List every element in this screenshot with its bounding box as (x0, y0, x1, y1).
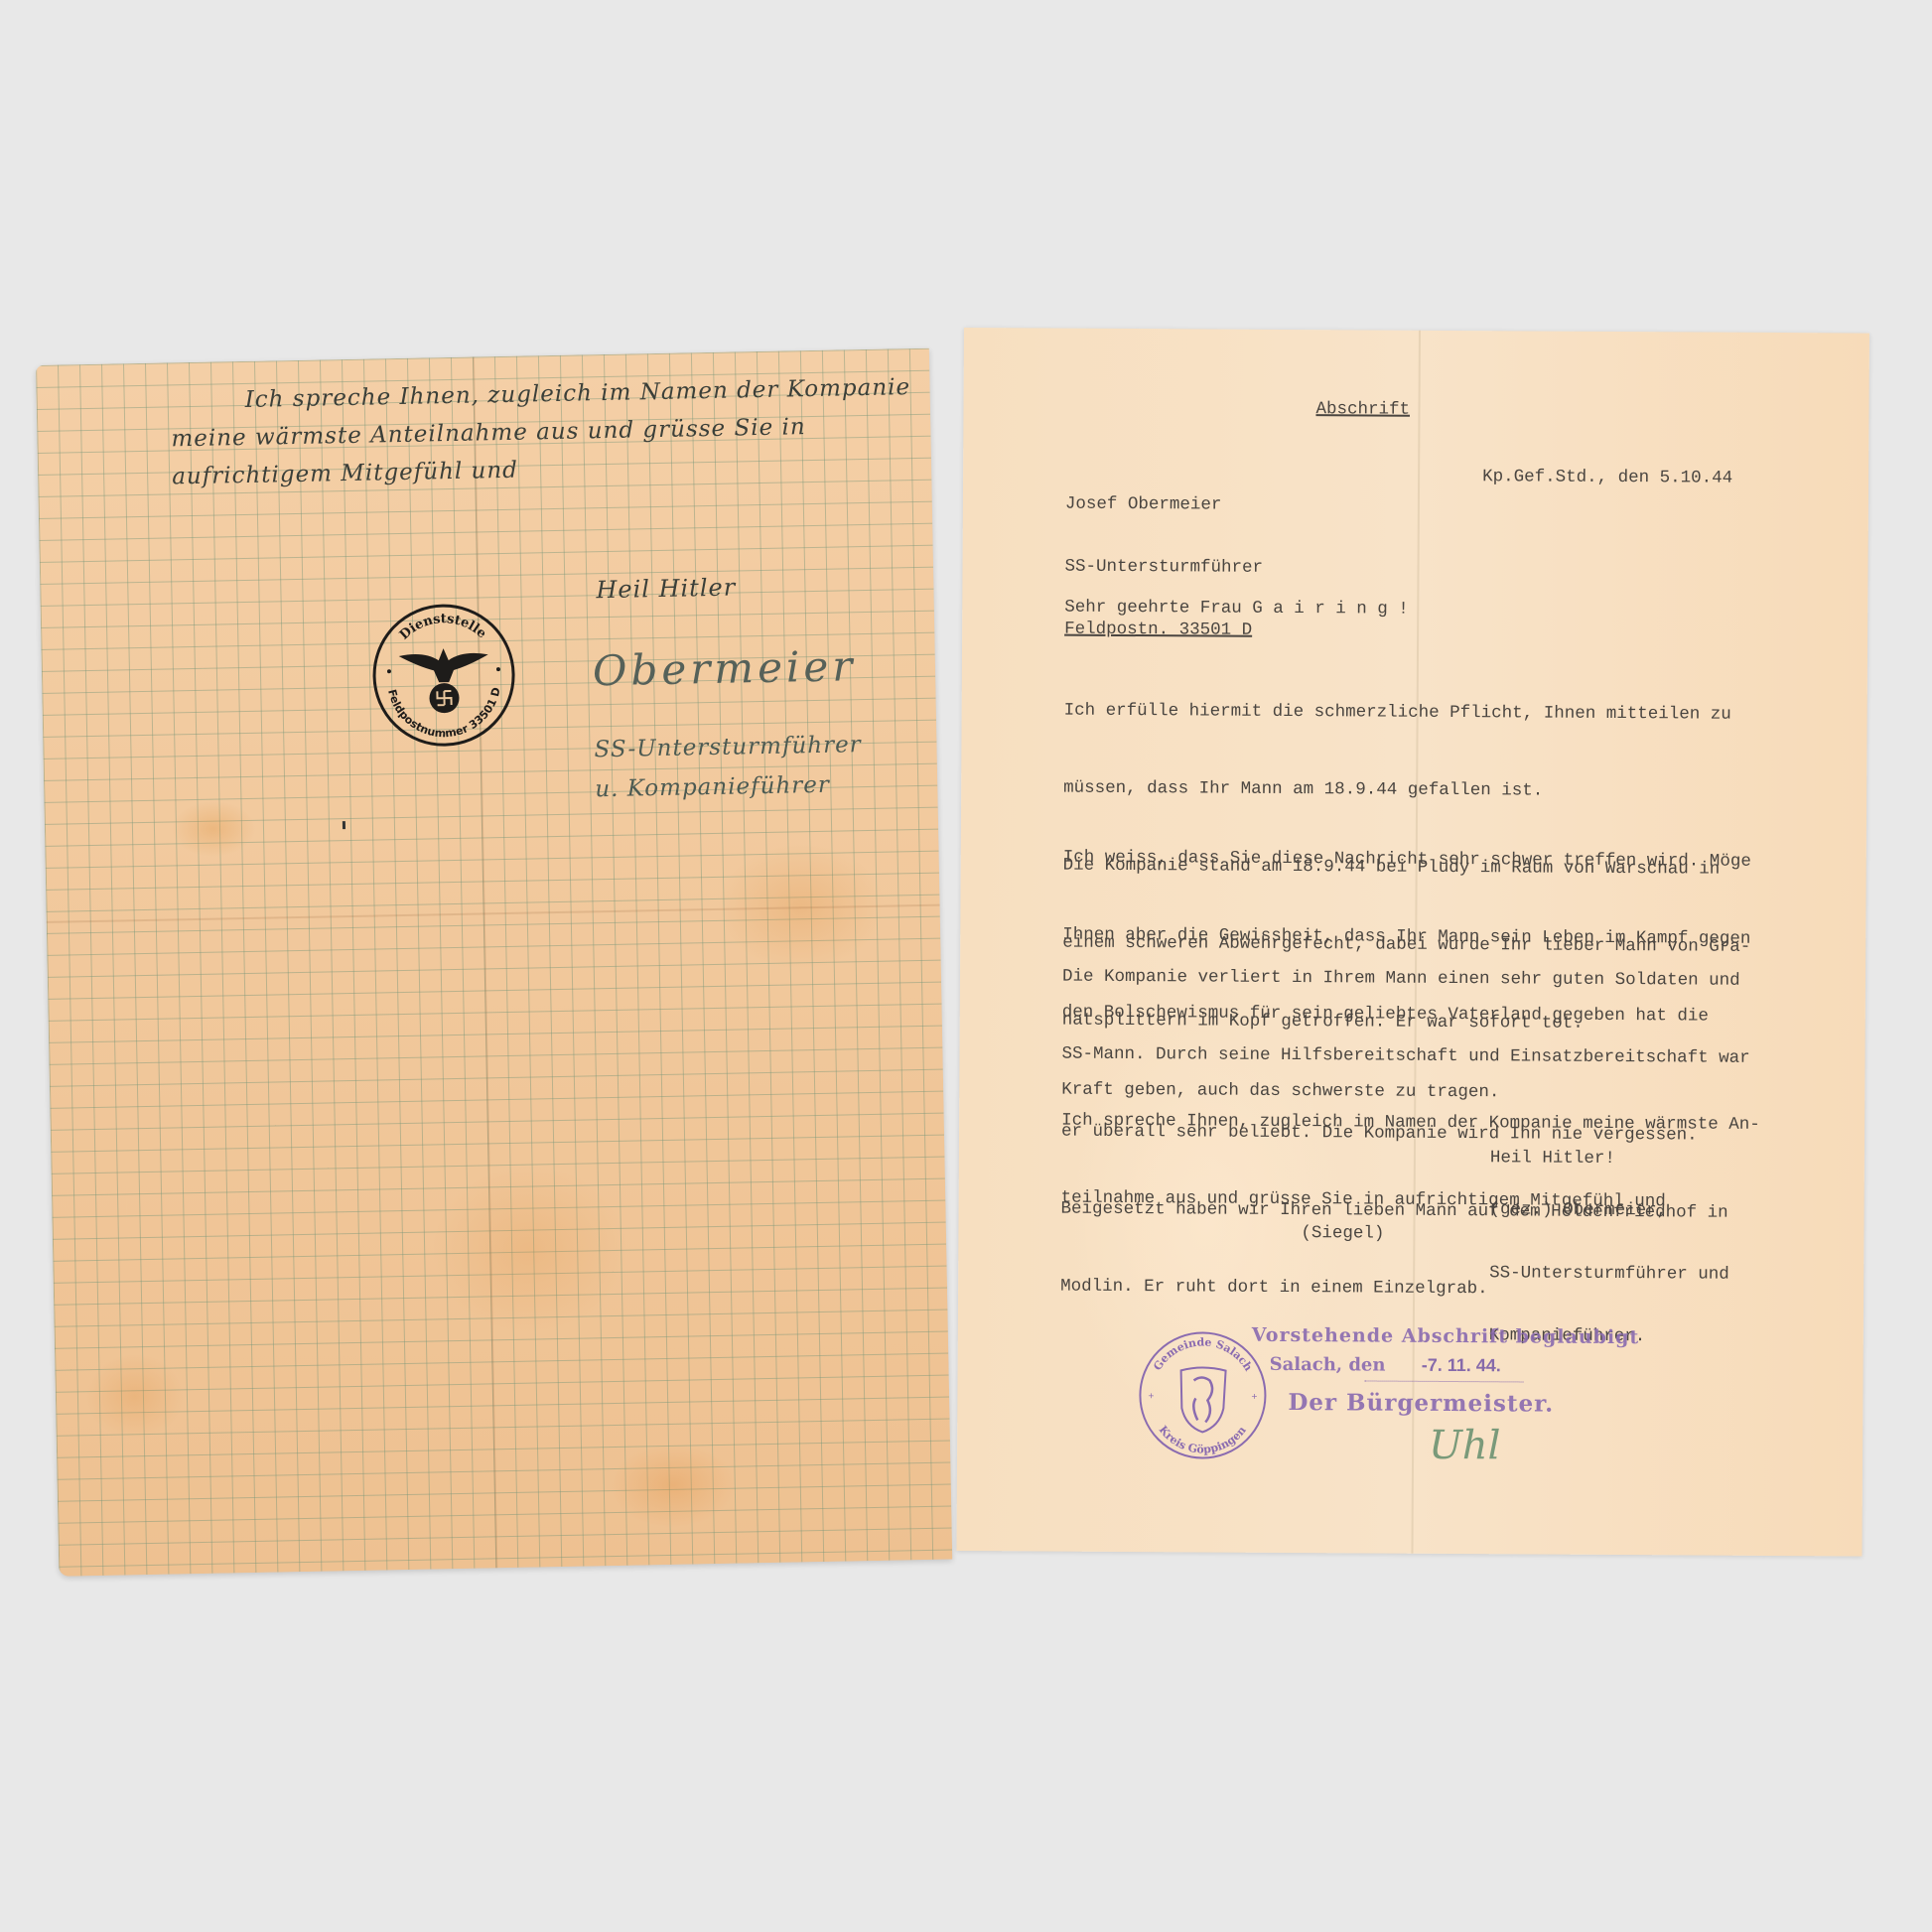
certification-place-text: Salach, den (1270, 1354, 1386, 1376)
stamp-bottom-text: Kreis Göppingen (1157, 1424, 1249, 1456)
place-date: Kp.Gef.Std., den 5.10.44 (1482, 464, 1732, 491)
official-stamp-feldpost: Dienststelle Feldpostnummer 33501 D (368, 600, 520, 752)
handwritten-rank: SS-Untersturmführer u. Kompanieführer (594, 725, 863, 809)
rank-line: u. Kompanieführer (595, 764, 863, 809)
lion-shield-icon: Gemeinde Salach Kreis Göppingen + + (1136, 1328, 1271, 1463)
sender-name: Josef Obermeier (1065, 494, 1264, 516)
text-line: Die Kompanie verliert in Ihrem Mann eine… (1062, 964, 1750, 994)
certification-date: -7. 11. 44. (1422, 1355, 1501, 1375)
svg-text:+: + (1251, 1393, 1257, 1404)
handwritten-signature: Obermeier (593, 647, 857, 690)
seal-note: (Siegel) (1301, 1220, 1384, 1247)
certification-place: Salach, den -7. 11. 44. (1270, 1354, 1501, 1376)
eagle-emblem-icon: Dienststelle Feldpostnummer 33501 D (368, 600, 520, 752)
handwritten-greeting: Heil Hitler (596, 569, 736, 610)
text-line: Ich weiss, dass Sie diese Nachricht sehr… (1063, 845, 1751, 875)
signed-by: (gez.) Obermeier, (1490, 1196, 1668, 1223)
dotted-line (1365, 1380, 1524, 1382)
document-title: Abschrift (1315, 396, 1410, 423)
salutation: Sehr geehrte Frau G a i r i n g ! (1064, 595, 1409, 622)
rank-line: SS-Untersturmführer (594, 725, 862, 769)
ink-speck (343, 821, 345, 829)
signer-rank: SS-Untersturmführer und Kompanieführer. (1488, 1221, 1729, 1389)
text-line: Ich spreche Ihnen, zugleich im Namen der… (1061, 1108, 1760, 1138)
fold-line-horizontal (47, 904, 940, 923)
svg-text:Kreis Göppingen: Kreis Göppingen (1157, 1424, 1249, 1456)
svg-text:+: + (1148, 1392, 1154, 1403)
certification-authority: Der Bürgermeister. (1288, 1389, 1554, 1418)
fold-line-vertical (473, 357, 497, 1569)
text-line: Ich erfülle hiermit die schmerzliche Pfl… (1064, 698, 1752, 728)
handwritten-body: Ich spreche Ihnen, zugleich im Namen der… (170, 368, 912, 495)
handwritten-letter-page: Ich spreche Ihnen, zugleich im Namen der… (36, 348, 952, 1577)
certification-line: Vorstehende Abschrift beglaubigt (1252, 1324, 1640, 1348)
closing: Heil Hitler! (1490, 1145, 1615, 1172)
mayor-signature: Uhl (1429, 1423, 1501, 1468)
sender-rank: SS-Untersturmführer (1064, 557, 1263, 579)
typed-transcript-page: Abschrift Josef Obermeier SS-Untersturmf… (956, 328, 1869, 1557)
municipal-stamp-salach: Gemeinde Salach Kreis Göppingen + + (1136, 1328, 1271, 1463)
rank-line: SS-Untersturmführer und (1489, 1263, 1729, 1285)
sender-field-post: Feldpostn. 33501 D (1064, 620, 1263, 641)
